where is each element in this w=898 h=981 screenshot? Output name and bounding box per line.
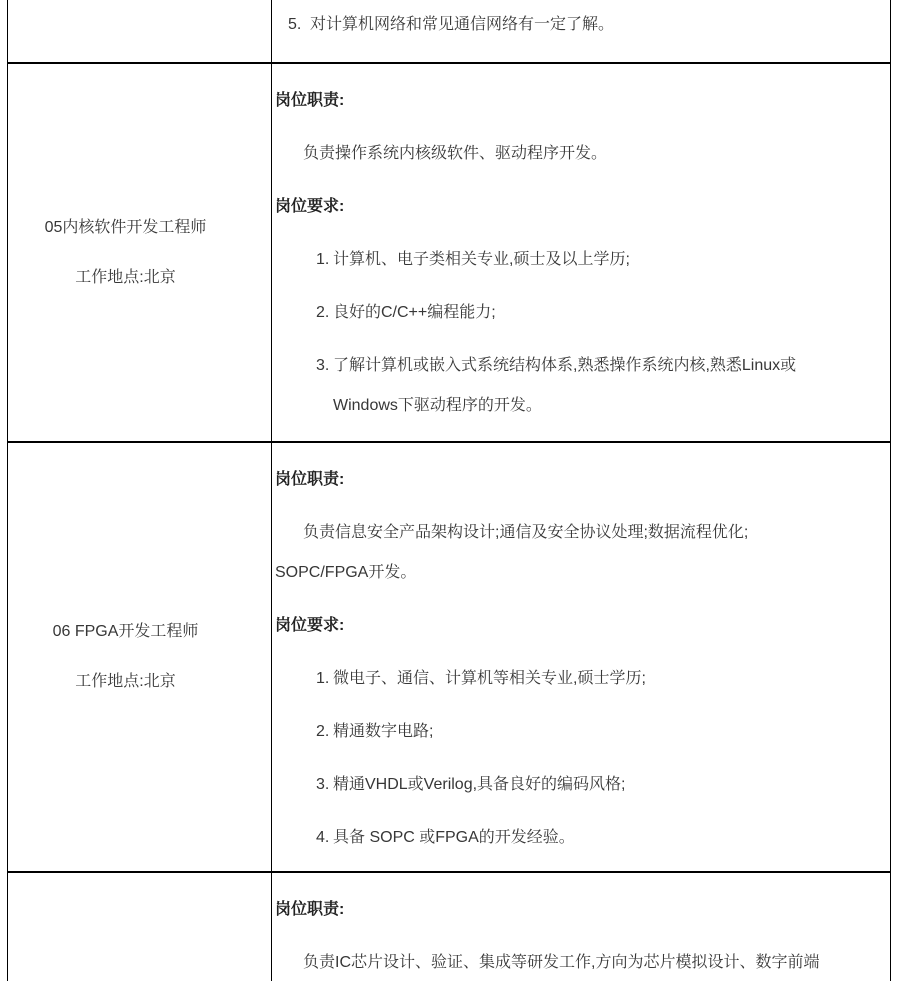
job-detail-cell: 岗位职责:负责操作系统内核级软件、驱动程序开发。岗位要求:1.计算机、电子类相关… <box>272 64 890 441</box>
job-title-cell: 05内核软件开发工程师工作地点:北京 <box>8 64 272 441</box>
section-header: 岗位要求: <box>275 187 886 227</box>
item-text: 对计算机网络和常见通信网络有一定了解。 <box>310 16 614 33</box>
row-job-07-partial: 岗位职责:负责IC芯片设计、验证、集成等研发工作,方向为芯片模拟设计、数字前端 <box>8 873 890 981</box>
job-detail-cell: 岗位职责:负责信息安全产品架构设计;通信及安全协议处理;数据流程优化; SOPC… <box>272 443 890 871</box>
job-location: 工作地点:北京 <box>75 662 175 702</box>
item-text: 精通数字电路; <box>333 723 433 740</box>
job-title-cell <box>8 873 272 981</box>
section-header: 岗位职责: <box>275 890 886 930</box>
section-header: 岗位职责: <box>275 460 886 500</box>
item-number: 3. <box>316 765 329 805</box>
job-title: 06 FPGA开发工程师 <box>53 612 199 652</box>
document-page: 5.对计算机网络和常见通信网络有一定了解。05内核软件开发工程师工作地点:北京岗… <box>0 0 898 981</box>
item-text: 了解计算机或嵌入式系统结构体系,熟悉操作系统内核,熟悉Linux或 Window… <box>333 357 796 414</box>
job-detail-cell: 5.对计算机网络和常见通信网络有一定了解。 <box>272 0 890 62</box>
section-header: 岗位要求: <box>275 606 886 646</box>
item-number: 4. <box>316 818 329 858</box>
item-number: 2. <box>316 293 329 333</box>
job-table: 5.对计算机网络和常见通信网络有一定了解。05内核软件开发工程师工作地点:北京岗… <box>7 0 891 981</box>
job-detail-cell: 岗位职责:负责IC芯片设计、验证、集成等研发工作,方向为芯片模拟设计、数字前端 <box>272 873 890 981</box>
job-title: 05内核软件开发工程师 <box>45 208 207 248</box>
item-number: 1. <box>316 659 329 699</box>
section-header: 岗位职责: <box>275 81 886 121</box>
requirement-item: 2.良好的C/C++编程能力; <box>275 293 886 333</box>
job-title-cell <box>8 0 272 62</box>
item-text: 计算机、电子类相关专业,硕士及以上学历; <box>333 251 630 268</box>
requirement-item: 3.精通VHDL或Verilog,具备良好的编码风格; <box>275 765 886 805</box>
requirement-item: 4.具备 SOPC 或FPGA的开发经验。 <box>275 818 886 858</box>
job-title-cell: 06 FPGA开发工程师工作地点:北京 <box>8 443 272 871</box>
row-continuation: 5.对计算机网络和常见通信网络有一定了解。 <box>8 0 890 64</box>
requirement-item: 3.了解计算机或嵌入式系统结构体系,熟悉操作系统内核,熟悉Linux或 Wind… <box>275 346 886 426</box>
duty-paragraph: 负责信息安全产品架构设计;通信及安全协议处理;数据流程优化; SOPC/FPGA… <box>275 513 886 593</box>
row-job-06: 06 FPGA开发工程师工作地点:北京岗位职责:负责信息安全产品架构设计;通信及… <box>8 443 890 873</box>
row-job-05: 05内核软件开发工程师工作地点:北京岗位职责:负责操作系统内核级软件、驱动程序开… <box>8 64 890 443</box>
item-text: 良好的C/C++编程能力; <box>333 304 496 321</box>
requirement-item: 1.微电子、通信、计算机等相关专业,硕士学历; <box>275 659 886 699</box>
item-number: 3. <box>316 346 329 386</box>
item-number: 5. <box>288 5 301 45</box>
item-text: 具备 SOPC 或FPGA的开发经验。 <box>333 829 575 846</box>
requirement-item: 5.对计算机网络和常见通信网络有一定了解。 <box>275 5 886 45</box>
item-number: 1. <box>316 240 329 280</box>
duty-paragraph: 负责操作系统内核级软件、驱动程序开发。 <box>275 134 886 174</box>
requirement-item: 2.精通数字电路; <box>275 712 886 752</box>
job-location: 工作地点:北京 <box>75 258 175 298</box>
item-number: 2. <box>316 712 329 752</box>
requirement-item: 1.计算机、电子类相关专业,硕士及以上学历; <box>275 240 886 280</box>
item-text: 精通VHDL或Verilog,具备良好的编码风格; <box>333 776 626 793</box>
duty-paragraph: 负责IC芯片设计、验证、集成等研发工作,方向为芯片模拟设计、数字前端 <box>275 943 886 981</box>
item-text: 微电子、通信、计算机等相关专业,硕士学历; <box>333 670 646 687</box>
